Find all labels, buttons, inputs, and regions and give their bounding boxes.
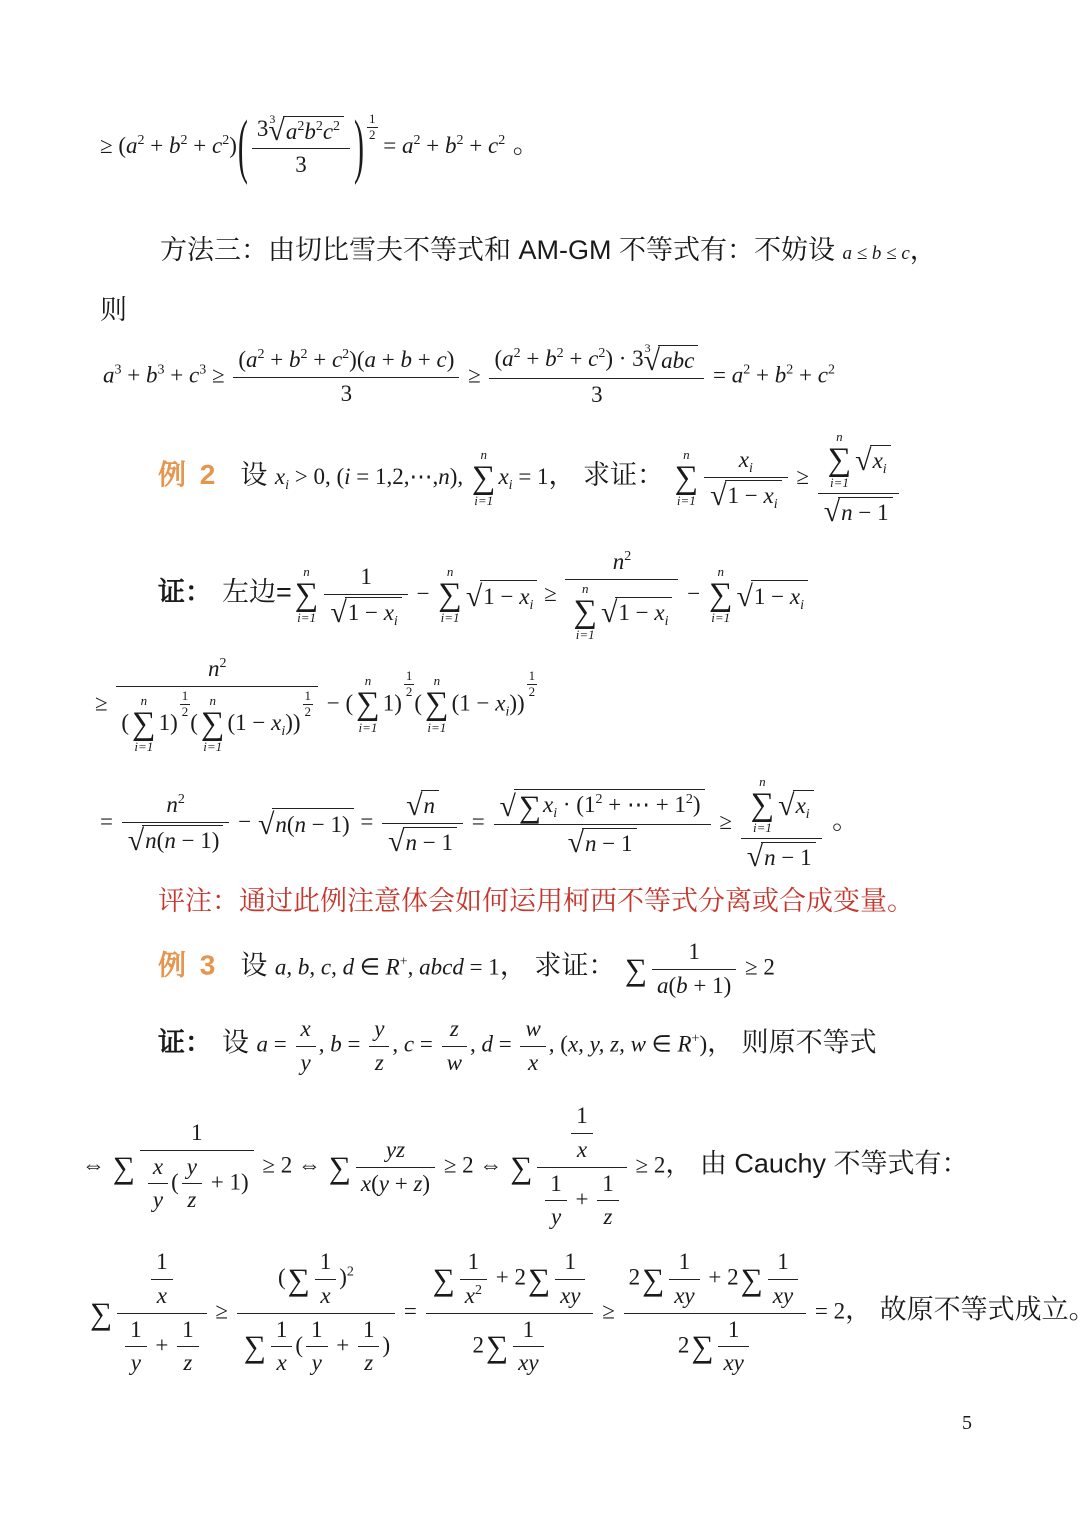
sigma-icon: ∑ [573,597,597,628]
math-text: + [464,133,488,158]
numerator: 1 [571,1102,593,1133]
denominator: w [442,1046,467,1078]
numerator: 1 [527,669,538,684]
fraction: 1x [271,1316,293,1379]
subscript: i [774,497,778,512]
math-var: c [488,133,498,158]
math-var: n [438,464,450,489]
math-text: 1 − [483,584,519,609]
math-var: R [386,955,400,980]
math-text: − 1) [176,828,220,853]
math-text: , [286,955,298,980]
sum-symbol: ∑ [741,1262,763,1297]
math-var: abcd [419,955,464,980]
radicand: xi [793,790,814,821]
fraction: yz [182,1153,202,1216]
denominator: √n − 1 [382,823,463,857]
math-text: − 1 [597,831,633,856]
math-var: y [374,1016,384,1041]
math-text: 2 [629,1265,641,1290]
math-text: 2 [529,684,536,699]
math-var: b [330,1032,342,1057]
denominator: (n∑i=11)12(n∑i=1(1 − xi))12 [116,686,318,755]
denominator: y [148,1183,168,1215]
denominator: 2 [303,704,314,720]
sum-lower-limit: i=1 [134,740,153,755]
sqrt-radical: 3√abc [645,345,699,376]
math-var: a [657,973,669,998]
fraction: 1y [545,1170,567,1233]
math-var: xy [560,1283,580,1308]
numerator: 1 [324,563,408,594]
denominator: 1y + 1z [537,1167,626,1233]
math-text: + [145,133,169,158]
math-text: 2 [678,1332,690,1357]
fraction: 33√a2b2c23 [252,115,350,180]
sum-symbol: ∑ [244,1329,266,1364]
math-text: 3 [591,382,603,407]
math-text: = [707,363,731,388]
math-var: c [323,119,333,144]
numerator: 1 [669,1248,699,1279]
math-var: x [739,447,749,472]
fraction: 2∑1xy + 2∑1xy2∑1xy [624,1248,807,1378]
subscript: i [665,614,669,629]
note-remark: 评注：通过此例注意体会如何运用柯西不等式分离或合成变量。 [158,884,914,919]
fraction: xi√1 − xi [704,446,788,511]
sqrt-radical: 3√a2b2c2 [269,116,344,147]
math-text: + [793,363,817,388]
numerator: √n [382,790,463,823]
math-text: 1) [383,690,402,715]
denominator: xy [555,1279,585,1311]
denominator: z [597,1200,619,1232]
chinese-text: ， 故原不等式成立。 [845,1294,1080,1324]
math-var: y [379,1171,389,1196]
fraction: 1x1y + 1z [537,1102,626,1232]
math-var: x [543,792,553,817]
math-text: 1 [369,111,376,126]
denominator: xy [768,1279,798,1311]
math-text: + [389,1171,413,1196]
math-text: ≥ ( [100,133,126,158]
fraction: 1y [125,1316,147,1379]
math-var: abc [661,348,694,373]
denominator: x2 [460,1279,487,1311]
math-var: x [301,1016,311,1041]
sqrt-radical: √1 − xi [710,480,782,511]
sigma-icon: ∑ [675,463,699,494]
sigma-icon: ∑ [751,790,775,821]
numerator: 1 [151,1248,173,1279]
denominator: z [182,1183,202,1215]
math-var: n [585,831,597,856]
fraction: (a2 + b2 + c2)(a + b + c)3 [233,346,459,409]
math-var: c [588,346,598,371]
numerator: 1 [652,938,736,969]
math-var: a [286,119,298,144]
denominator: x [271,1346,293,1378]
radicand: a2b2c2 [283,116,344,147]
superscript: 2 [514,346,521,361]
math-text: 2 [406,684,413,699]
fraction: 1z [597,1170,619,1233]
math-var: x [790,584,800,609]
math-text: 1 [182,688,189,703]
math-var: z [450,1016,459,1041]
fraction: 1x1y + 1z [117,1248,206,1378]
math-var: x [153,1154,163,1179]
math-var: c [404,1032,414,1057]
math-text: (1 − [452,690,496,715]
superscript: 2 [333,119,340,134]
exponent-fraction: 12 [527,669,538,700]
sum-symbol: ∑ [486,1329,508,1364]
sqrt-radical: √∑xi · (12 + ⋯ + 12) [500,789,705,822]
fraction: 1x2 [460,1248,487,1311]
fraction: 1z [177,1316,199,1379]
denominator: x [151,1279,173,1311]
sum-with-limits: n∑i=1 [472,448,496,509]
math-text: 3 [341,381,353,406]
sum-with-limits: n∑i=1 [132,694,156,755]
sqrt-radical: √n − 1 [388,827,457,858]
denominator: √1 − xi [324,594,408,628]
sum-with-limits: n∑i=1 [295,565,319,626]
math-var: n [166,792,178,817]
radicand: 1 − xi [725,480,782,511]
chinese-text: 则 [100,295,127,325]
sum-lower-limit: i=1 [753,821,772,836]
math-var: xy [723,1350,743,1375]
math-text: ∈ [354,955,386,980]
math-text: + 2 [703,1265,739,1290]
numerator: 1 [555,1248,585,1279]
math-text: ) [339,1265,347,1290]
math-text: + [264,347,288,372]
radicand: n − 1 [838,497,892,528]
numerator: 1 [271,1316,293,1347]
sum-symbol: ∑ [625,952,647,987]
numerator: 1 [315,1248,337,1279]
math-var: w [447,1050,462,1075]
math-text: 1 [728,1317,740,1342]
math-text: ≥ [596,1298,620,1323]
math-var: c [189,363,199,388]
denominator: z [358,1346,380,1378]
sum-lower-limit: i=1 [203,740,222,755]
numerator: 1 [140,1119,254,1150]
math-text: + [164,363,188,388]
math-var: n [424,793,436,818]
math-text: 1 [276,1317,288,1342]
denominator: xy [669,1279,699,1311]
numerator: w [520,1015,545,1046]
math-text: + [122,363,146,388]
math-text: ), [450,464,469,489]
math-var: w [525,1016,540,1041]
radicand: 1 − xi [615,597,672,628]
math-text: − [232,809,256,834]
numerator: 33√a2b2c2 [252,115,350,148]
math-var: n [764,845,776,870]
superscript: 2 [828,363,835,378]
math-var: z [604,1204,613,1229]
math-var: a [502,346,514,371]
sigma-icon: ∑ [438,580,462,611]
subscript: i [806,807,810,822]
math-var: b [298,955,310,980]
numerator: n2 [122,791,230,822]
radicand: ∑xi · (12 + ⋯ + 12) [514,789,705,822]
superscript: 2 [475,1283,482,1298]
math-text: ( [494,346,502,371]
denominator: y [306,1346,328,1378]
math-text: 1 [320,1249,332,1274]
exponent-fraction: 12 [367,112,378,143]
math-var: b [545,346,557,371]
math-text: + [750,363,774,388]
fraction: 1xy [513,1316,543,1379]
math-text: 1 [311,1317,323,1342]
formula-method2-conclusion: ≥ (a2 + b2 + c2)(33√a2b2c23)12 = a2 + b2… [100,112,540,180]
denominator: 1y + 1z [117,1313,206,1379]
denominator: √n(n − 1) [122,822,230,856]
math-text: 1 [550,1171,562,1196]
sigma-icon: ∑ [201,709,225,740]
numerator: 1 [306,1316,328,1347]
subscript: i [749,461,753,476]
math-var: n [208,656,220,681]
fraction: ∑1x2 + 2∑1xy2∑1xy [426,1248,594,1378]
numerator: 1 [513,1316,543,1347]
sqrt-radical: √1 − xi [330,597,402,628]
fraction: 1x [571,1102,593,1165]
math-text: + [331,1332,355,1357]
sum-with-limits: n∑i=1 [751,775,775,836]
math-var: a [402,133,414,158]
math-text: ) [447,347,455,372]
sigma-icon: ∑ [709,580,733,611]
proof-2: 证：左边=n∑i=11√1 − xi − n∑i=1√1 − xi ≥ n2n∑… [158,548,809,643]
math-text: + ⋯ + 1 [602,792,685,817]
sum-symbol: ∑ [691,1329,713,1364]
math-text: + [421,133,445,158]
math-var: b [304,119,316,144]
radicand: 1 − xi [480,580,537,612]
math-text: = [378,133,402,158]
sum-symbol: ∑ [642,1262,664,1297]
denominator: xy [718,1346,748,1378]
root-index: 3 [269,112,275,127]
superscript: 2 [181,133,188,148]
math-var: d [343,955,355,980]
formula-cauchy-step: ≥ n2(n∑i=11)12(n∑i=1(1 − xi))12 − (n∑i=1… [95,655,537,755]
superscript: 2 [347,1265,354,1280]
fraction: wx [520,1015,545,1078]
big-paren: ) [353,112,365,184]
denominator: 2∑1xy [426,1313,594,1379]
sqrt-radical: √n − 1 [747,842,816,873]
denominator: ∑1x(1y + 1z) [237,1313,395,1379]
sum-symbol: ∑ [288,1262,310,1297]
math-text: ≥ 2 ⇔ [257,1152,327,1177]
math-text: )) [285,710,300,735]
math-var: b [445,133,457,158]
math-var: b [775,363,787,388]
root-index: 3 [645,341,651,356]
math-text: 1 [191,1120,203,1145]
math-text: ( [190,710,198,735]
math-var: x [275,464,285,489]
note-text: 评注：通过此例注意体会如何运用柯西不等式分离或合成变量。 [158,886,914,916]
chinese-text: 方法三：由切比雪夫不等式和 AM-GM 不等式有：不妨设 [160,235,843,265]
math-var: c [212,133,222,158]
math-text: − [681,581,705,606]
superscript: 2 [316,119,323,134]
math-text: + [521,346,545,371]
denominator: y [125,1346,147,1378]
denominator: 2∑1xy [624,1313,807,1379]
sigma-icon: ∑ [472,463,496,494]
sum-lower-limit: i=1 [830,476,849,491]
example-3: 例 3设 a, b, c, d ∈ R+, abcd = 1， 求证： ∑1a(… [158,938,775,1001]
radicand: 1 − xi [751,580,808,612]
math-var: a [732,363,744,388]
math-text: 1 − [348,600,384,625]
math-text: 1 [523,1317,535,1342]
math-var: x [361,1171,371,1196]
numerator: 1 [303,689,314,704]
math-var: x [796,793,806,818]
math-text: 2 [369,127,376,142]
denominator: xy [513,1346,543,1378]
numerator: (∑1x)2 [237,1248,395,1313]
sqrt-radical: √1 − xi [466,580,538,612]
math-text: − 1 [776,845,812,870]
denominator: z [177,1346,199,1378]
numerator: 1 [404,669,415,684]
sum-symbol: ∑ [433,1262,455,1297]
numerator: √∑xi · (12 + ⋯ + 12) [494,789,711,824]
denominator: y [545,1200,567,1232]
chinese-text: ， 由 Cauchy 不等式有： [665,1148,968,1178]
math-text: 1 [565,1249,577,1274]
numerator: y [182,1153,202,1184]
math-var: a [246,347,258,372]
radicand: n − 1 [403,827,457,858]
math-var: xy [674,1283,694,1308]
numerator: 1 [768,1248,798,1279]
math-text: (1 − [227,710,271,735]
math-var: b [289,347,301,372]
chinese-text: ， 求证： [549,460,672,490]
math-text: = [493,1032,517,1057]
math-var: d [481,1032,493,1057]
math-text: = 1 [513,464,549,489]
superscript: 3 [115,363,122,378]
sum-with-limits: n∑i=1 [675,448,699,509]
math-var: y [551,1204,561,1229]
denominator: 2 [367,127,378,143]
math-var: z [364,1350,373,1375]
numerator: n2 [116,655,318,686]
math-var: n [295,812,307,837]
math-text: = [342,1032,366,1057]
page-number: 5 [962,1412,972,1435]
sum-lower-limit: i=1 [677,494,696,509]
math-text: − ( [321,690,353,715]
proof-3: 证：设 a = xy, b = yz, c = zw, d = wx, (x, … [158,1015,877,1078]
denominator: 2 [180,704,191,720]
chinese-text: 。 [505,129,540,159]
superscript: 2 [686,792,693,807]
denominator: √n − 1 [494,824,711,858]
fraction: 1a(b + 1) [652,938,736,1001]
fraction: 1xy(yz + 1) [140,1119,254,1215]
math-text: , [408,955,420,980]
radicand: xi [870,445,891,476]
math-text: 3 [295,152,307,177]
sum-with-limits: n∑i=1 [438,565,462,626]
math-text: 1 [363,1317,375,1342]
numerator: yz [356,1136,435,1167]
sigma-icon: ∑ [295,580,319,611]
math-var: n [613,549,625,574]
math-text: 1 [182,1317,194,1342]
sum-lower-limit: i=1 [358,721,377,736]
math-var: c [332,347,342,372]
math-text: )) [509,690,524,715]
math-text: 1 [156,1249,168,1274]
math-var: x [320,1283,330,1308]
fraction: 1x [151,1248,173,1311]
fraction: yzx(y + z) [356,1136,435,1199]
math-text: + 1) [205,1169,249,1194]
math-var: x [763,483,773,508]
math-var: b [676,973,688,998]
sigma-icon: ∑ [425,689,449,720]
math-var: z [375,1050,384,1075]
math-text: + 1) [688,973,732,998]
sum-lower-limit: i=1 [441,611,460,626]
paragraph-method3: 方法三：由切比雪夫不等式和 AM-GM 不等式有：不妨设 a ≤ b ≤ c， [160,233,937,268]
denominator: n∑i=1√1 − xi [565,579,678,643]
sum-symbol: ∑ [90,1296,112,1331]
math-text: 1 [529,668,536,683]
math-var: x [873,448,883,473]
fraction: 1xy [669,1248,699,1311]
math-text: 1 [130,1317,142,1342]
sqrt-radical: √1 − xi [601,597,673,628]
radicand: abc [658,345,698,376]
numerator: x [148,1153,168,1184]
superscript: 2 [624,549,631,564]
denominator: 3 [233,377,459,409]
radicand: n − 1 [761,842,815,873]
sum-symbol: ∑ [528,1262,550,1297]
exponent-fraction: 12 [404,669,415,700]
math-text: , [309,955,321,980]
math-text: 1 [688,939,700,964]
superscript: 2 [138,133,145,148]
sigma-icon: ∑ [132,709,156,740]
math-text: ≥ [210,1298,234,1323]
fraction: 1√1 − xi [324,563,408,628]
math-text: + [150,1332,174,1357]
denominator: √n − 1 [741,838,822,872]
math-var: y [131,1350,141,1375]
